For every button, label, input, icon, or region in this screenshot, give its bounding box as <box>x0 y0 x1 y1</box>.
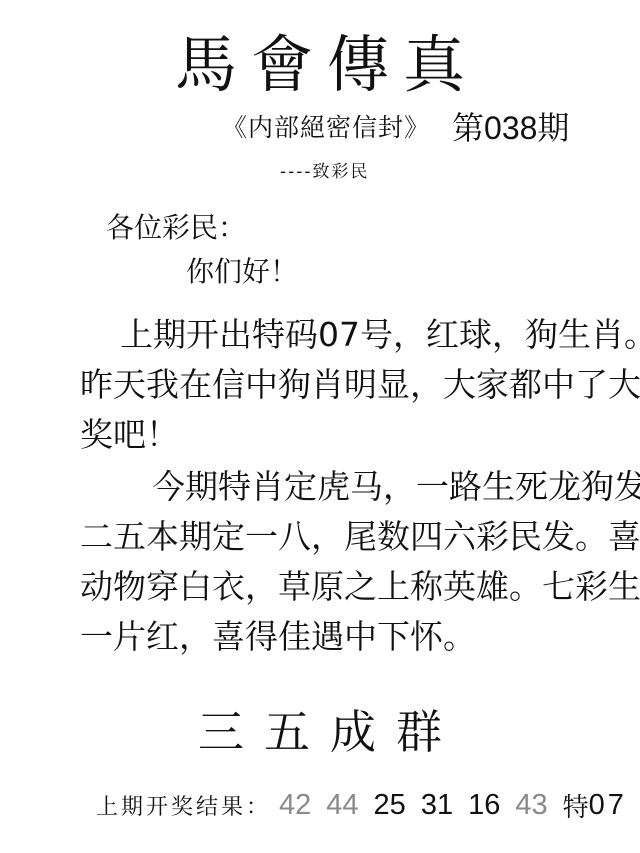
result-number: 16 <box>468 789 500 822</box>
document-title: 馬會傳真 <box>0 30 640 100</box>
motto-heading: 三五成群 <box>0 702 640 762</box>
fax-document: 馬會傳真 《内部絕密信封》 第038期 ----致彩民 各位彩民： 你们好！ 上… <box>0 0 640 853</box>
subtitle-row: 《内部絕密信封》 第038期 <box>222 108 569 148</box>
issue-number: 第038期 <box>452 110 569 146</box>
hello-line: 你们好！ <box>186 252 640 292</box>
paragraph-line: 二五本期定一八，尾数四六彩民发。喜人 <box>80 512 640 562</box>
paragraph-line: 昨天我在信中狗肖明显，大家都中了大 <box>80 360 640 410</box>
confidential-label: 《内部絕密信封》 <box>222 110 430 146</box>
result-number: 25 <box>374 789 406 822</box>
results-label: 上期开奖结果： <box>96 790 271 821</box>
result-number: 44 <box>326 789 358 822</box>
paragraph-line: 上期开出特码07号，红球，狗生肖。 <box>80 310 640 360</box>
paragraph-line: 奖吧！ <box>80 410 640 460</box>
paragraph-last-result: 上期开出特码07号，红球，狗生肖。 昨天我在信中狗肖明显，大家都中了大 奖吧！ <box>80 310 640 460</box>
greeting: 各位彩民： <box>106 208 640 248</box>
special-label: 特 <box>563 787 589 824</box>
special-number: 07 <box>589 789 627 822</box>
result-number: 43 <box>515 789 547 822</box>
paragraph-line: 今期特肖定虎马，一路生死龙狗发。 <box>80 462 640 512</box>
paragraph-prediction: 今期特肖定虎马，一路生死龙狗发。 二五本期定一八，尾数四六彩民发。喜人 动物穿白… <box>80 462 640 662</box>
result-number: 42 <box>279 789 311 822</box>
addressee-line: ----致彩民 <box>280 160 370 184</box>
result-number: 31 <box>421 789 453 822</box>
last-results-line: 上期开奖结果： 42 44 25 31 16 43 特 07 <box>96 780 627 830</box>
paragraph-line: 一片红，喜得佳遇中下怀。 <box>80 612 640 662</box>
paragraph-line: 动物穿白衣，草原之上称英雄。七彩生辉 <box>80 562 640 612</box>
